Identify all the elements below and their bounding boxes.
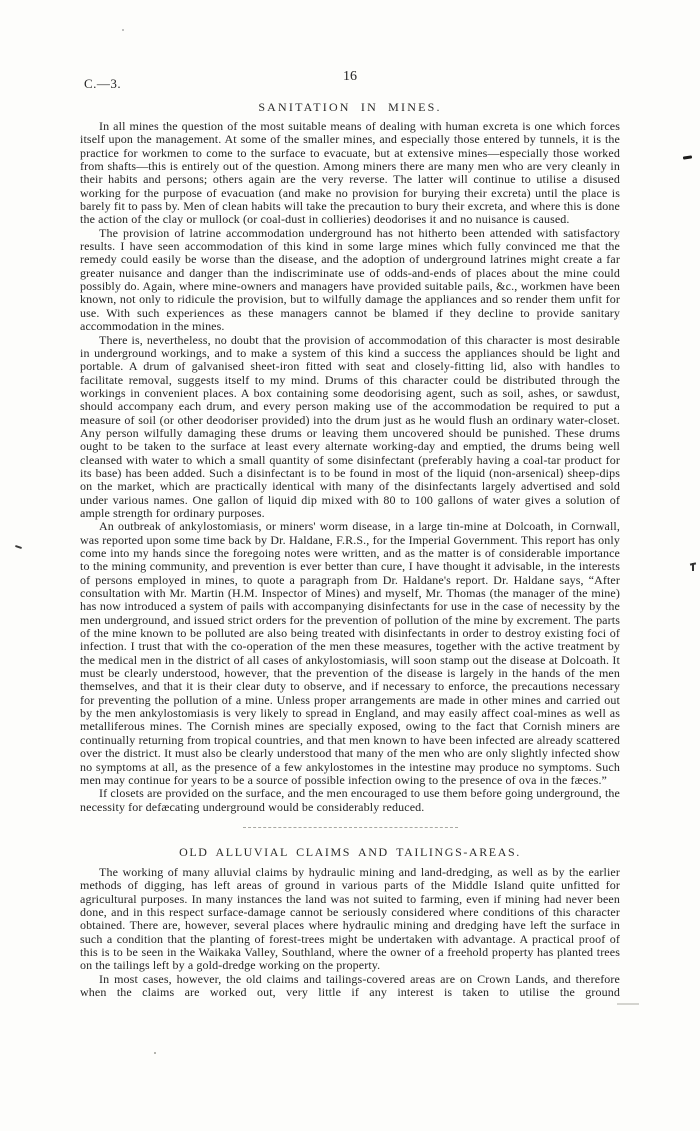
scan-artifact-right-mark [683, 155, 692, 159]
paragraph-sanitation-2: The provision of latrine accommodation u… [80, 227, 620, 334]
section-title-old-alluvial: OLD ALLUVIAL CLAIMS AND TAILINGS-AREAS. [80, 845, 620, 860]
paragraph-sanitation-3: There is, nevertheless, no doubt that th… [80, 334, 620, 521]
paragraph-sanitation-5: If closets are provided on the surface, … [80, 787, 620, 814]
section-sanitation-in-mines: SANITATION IN MINES. In all mines the qu… [80, 100, 620, 814]
section-divider-rule [243, 827, 458, 828]
paragraph-sanitation-1: In all mines the question of the most su… [80, 120, 620, 227]
section-old-alluvial-claims: OLD ALLUVIAL CLAIMS AND TAILINGS-AREAS. … [80, 845, 620, 999]
section-title-sanitation: SANITATION IN MINES. [80, 100, 620, 115]
scan-artifact-right-glyph [692, 563, 694, 571]
scan-artifact-dot-bottom [154, 1052, 156, 1054]
page-number: 16 [0, 69, 700, 85]
scan-artifact-left-tick [15, 545, 22, 549]
scan-artifact-right-dash [617, 1003, 639, 1005]
paragraph-sanitation-4: An outbreak of ankylostomiasis, or miner… [80, 520, 620, 787]
scan-artifact-dot-top [122, 29, 124, 31]
paragraph-alluvial-1: The working of many alluvial claims by h… [80, 866, 620, 973]
document-page: C.—3. 16 SANITATION IN MINES. In all min… [0, 0, 700, 1131]
page-body: SANITATION IN MINES. In all mines the qu… [80, 100, 620, 999]
paragraph-alluvial-2: In most cases, however, the old claims a… [80, 973, 620, 1000]
